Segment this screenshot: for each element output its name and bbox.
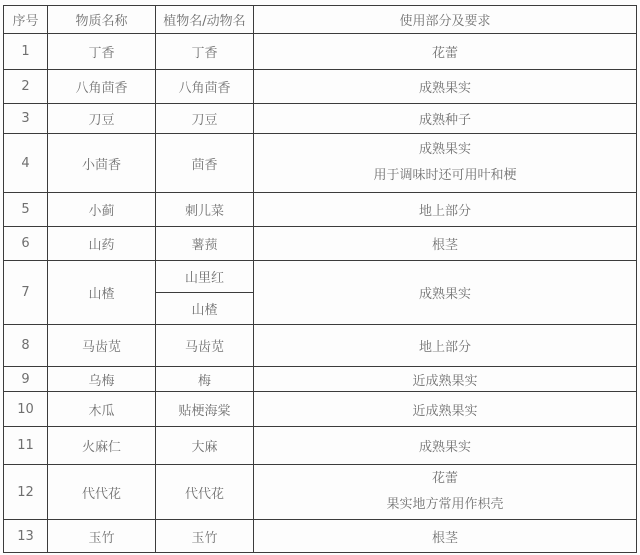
table-row: 4 小茴香 茴香 成熟果实 用于调味时还可用叶和梗 [4,134,637,193]
table-row: 6 山药 薯蓣 根茎 [4,227,637,261]
table-row: 2 八角茴香 八角茴香 成熟果实 [4,70,637,104]
cell-no: 8 [4,325,48,367]
cell-usage: 地上部分 [254,325,637,367]
cell-substance: 丁香 [48,34,156,70]
cell-usage: 成熟果实 [254,70,637,104]
cell-substance: 代代花 [48,465,156,520]
header-usage: 使用部分及要求 [254,6,637,34]
header-row: 序号 物质名称 植物名/动物名 使用部分及要求 [4,6,637,34]
cell-plant: 山楂 [156,293,254,325]
cell-usage: 成熟果实 [254,427,637,465]
cell-plant: 刀豆 [156,104,254,134]
cell-plant: 丁香 [156,34,254,70]
cell-plant: 玉竹 [156,520,254,553]
cell-substance: 木瓜 [48,392,156,427]
header-no: 序号 [4,6,48,34]
cell-plant: 茴香 [156,134,254,193]
table-row: 10 木瓜 贴梗海棠 近成熟果实 [4,392,637,427]
cell-plant: 梅 [156,367,254,392]
header-substance: 物质名称 [48,6,156,34]
cell-no: 13 [4,520,48,553]
cell-usage: 根茎 [254,520,637,553]
cell-usage: 成熟种子 [254,104,637,134]
cell-usage: 地上部分 [254,193,637,227]
cell-substance: 八角茴香 [48,70,156,104]
cell-substance: 山楂 [48,261,156,325]
cell-substance: 火麻仁 [48,427,156,465]
substances-table: 序号 物质名称 植物名/动物名 使用部分及要求 1 丁香 丁香 花蕾 2 八角茴… [3,5,637,553]
table-row: 5 小蓟 刺儿菜 地上部分 [4,193,637,227]
table-row: 12 代代花 代代花 花蕾 果实地方常用作枳壳 [4,465,637,520]
table-row: 13 玉竹 玉竹 根茎 [4,520,637,553]
table-row: 11 火麻仁 大麻 成熟果实 [4,427,637,465]
cell-substance: 刀豆 [48,104,156,134]
usage-line-2: 用于调味时还可用叶和梗 [256,163,634,189]
substances-table-wrap: 序号 物质名称 植物名/动物名 使用部分及要求 1 丁香 丁香 花蕾 2 八角茴… [3,5,637,553]
table-row: 8 马齿苋 马齿苋 地上部分 [4,325,637,367]
cell-usage: 花蕾 果实地方常用作枳壳 [254,465,637,520]
usage-line-2: 果实地方常用作枳壳 [256,492,634,518]
cell-no: 12 [4,465,48,520]
cell-no: 1 [4,34,48,70]
cell-usage: 花蕾 [254,34,637,70]
table-row: 1 丁香 丁香 花蕾 [4,34,637,70]
cell-substance: 山药 [48,227,156,261]
cell-plant: 代代花 [156,465,254,520]
table-row: 3 刀豆 刀豆 成熟种子 [4,104,637,134]
cell-no: 9 [4,367,48,392]
cell-usage: 近成熟果实 [254,392,637,427]
cell-usage: 根茎 [254,227,637,261]
cell-plant: 贴梗海棠 [156,392,254,427]
cell-no: 3 [4,104,48,134]
usage-line-1: 成熟果实 [256,137,634,163]
cell-no: 5 [4,193,48,227]
cell-no: 4 [4,134,48,193]
cell-plant: 山里红 [156,261,254,293]
header-plant: 植物名/动物名 [156,6,254,34]
usage-line-1: 花蕾 [256,466,634,492]
cell-plant: 马齿苋 [156,325,254,367]
table-row: 9 乌梅 梅 近成熟果实 [4,367,637,392]
cell-substance: 小茴香 [48,134,156,193]
cell-usage: 成熟果实 用于调味时还可用叶和梗 [254,134,637,193]
cell-substance: 玉竹 [48,520,156,553]
cell-substance: 马齿苋 [48,325,156,367]
cell-usage: 近成熟果实 [254,367,637,392]
cell-substance: 小蓟 [48,193,156,227]
cell-plant: 八角茴香 [156,70,254,104]
cell-plant: 刺儿菜 [156,193,254,227]
cell-no: 10 [4,392,48,427]
cell-substance: 乌梅 [48,367,156,392]
cell-plant: 薯蓣 [156,227,254,261]
cell-usage: 成熟果实 [254,261,637,325]
table-row: 7 山楂 山里红 成熟果实 [4,261,637,293]
cell-plant: 大麻 [156,427,254,465]
cell-no: 11 [4,427,48,465]
cell-no: 7 [4,261,48,325]
cell-no: 6 [4,227,48,261]
cell-no: 2 [4,70,48,104]
